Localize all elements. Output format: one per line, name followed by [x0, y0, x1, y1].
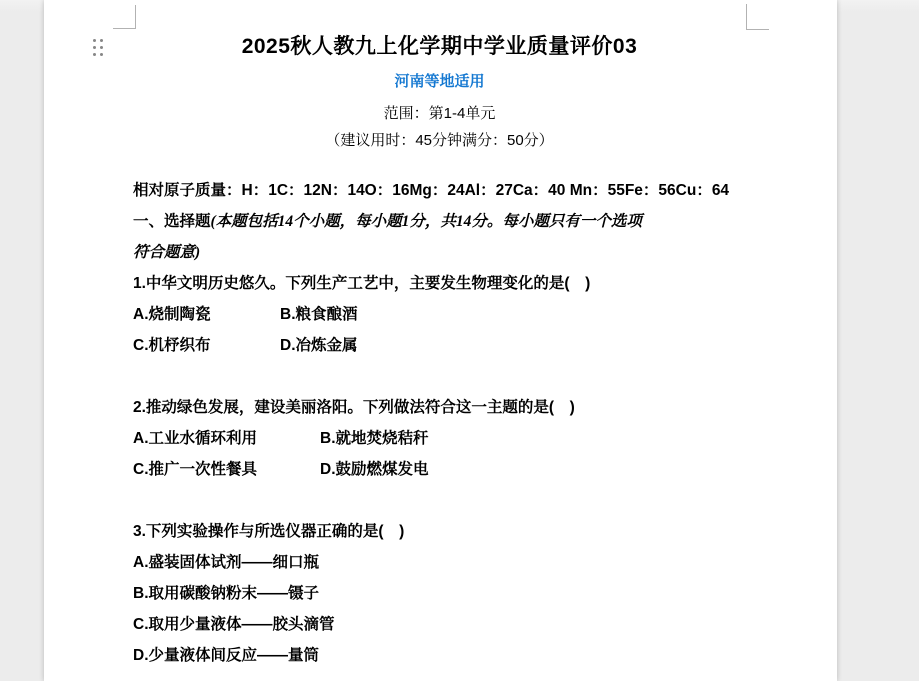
option-b: B.就地焚烧秸秆: [320, 423, 429, 454]
option-row: A.工业水循环利用B.就地焚烧秸秆: [133, 423, 746, 454]
option-c: C.取用少量液体——胶头滴管: [133, 609, 746, 640]
option-row: C.推广一次性餐具D.鼓励燃煤发电: [133, 454, 746, 485]
question-stem: 3.下列实验操作与所选仪器正确的是( ): [133, 516, 746, 547]
exam-scope-line: 范围：第1-4单元: [133, 104, 746, 124]
section-note-line2: 符合题意): [133, 237, 746, 268]
option-d: D.少量液体间反应——量筒: [133, 640, 746, 671]
option-row: C.机杼织布D.冶炼金属: [133, 330, 746, 361]
atomic-mass-line: 相对原子质量：H：1C：12N：14O：16Mg：24Al：27Ca：40 Mn…: [133, 175, 746, 206]
question-stem: 2.推动绿色发展，建设美丽洛阳。下列做法符合这一主题的是( ): [133, 392, 746, 423]
margin-crop-mark-top-right: [746, 4, 747, 29]
section-heading: 一、选择题: [133, 213, 211, 230]
margin-crop-mark-top-right: [746, 29, 769, 30]
region-applicability-note: 河南等地适用: [133, 72, 746, 92]
document-body: 相对原子质量：H：1C：12N：14O：16Mg：24Al：27Ca：40 Mn…: [133, 175, 746, 671]
option-row: A.烧制陶瓷B.粮食酿酒: [133, 299, 746, 330]
section-note-line1: (本题包括14个小题，每小题1分，共14分。每小题只有一个选项: [211, 213, 642, 230]
option-a: A.工业水循环利用: [133, 423, 320, 454]
document-title: 2025秋人教九上化学期中学业质量评价03: [133, 33, 746, 60]
option-c: C.机杼织布: [133, 330, 280, 361]
option-b: B.取用碳酸钠粉末——镊子: [133, 578, 746, 609]
document-page: 2025秋人教九上化学期中学业质量评价03 河南等地适用 范围：第1-4单元 （…: [44, 0, 837, 681]
option-c: C.推广一次性餐具: [133, 454, 320, 485]
option-a: A.烧制陶瓷: [133, 299, 280, 330]
question-stem: 1.中华文明历史悠久。下列生产工艺中，主要发生物理变化的是( ): [133, 268, 746, 299]
option-a: A.盛装固体试剂——细口瓶: [133, 547, 746, 578]
suggested-time-line: （建议用时：45分钟满分：50分）: [133, 131, 746, 151]
option-d: D.冶炼金属: [280, 330, 358, 361]
option-b: B.粮食酿酒: [280, 299, 358, 330]
document-viewer-canvas: 2025秋人教九上化学期中学业质量评价03 河南等地适用 范围：第1-4单元 （…: [0, 0, 919, 681]
section-heading-line: 一、选择题(本题包括14个小题，每小题1分，共14分。每小题只有一个选项: [133, 206, 746, 237]
option-d: D.鼓励燃煤发电: [320, 454, 429, 485]
document-text-area: 2025秋人教九上化学期中学业质量评价03 河南等地适用 范围：第1-4单元 （…: [133, 0, 746, 671]
paragraph-drag-handle-icon[interactable]: [93, 39, 103, 56]
